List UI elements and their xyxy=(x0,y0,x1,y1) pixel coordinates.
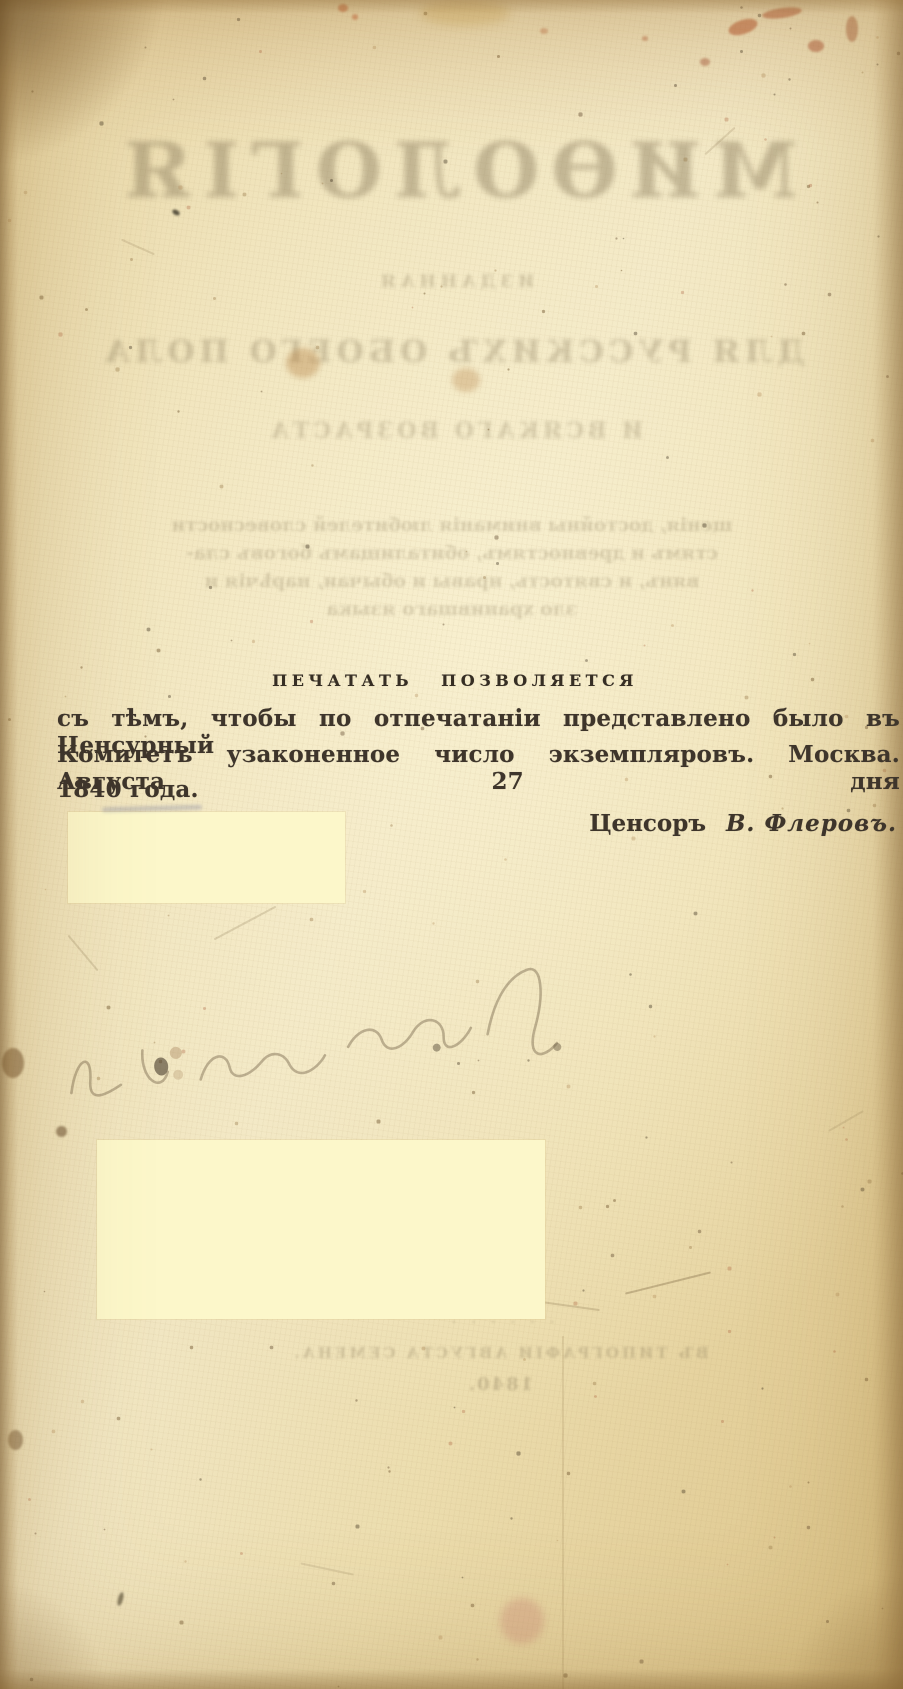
bleedthrough-paragraph-line: зло хранившаго языка xyxy=(82,596,822,624)
foxing-stain xyxy=(286,348,320,378)
permit-heading: ПЕЧАТАТЬ ПОЗВОЛЯЕТСЯ xyxy=(60,671,850,690)
censor-name: В. Флеровъ. xyxy=(726,810,897,837)
worn-right-edge xyxy=(873,0,903,1689)
bleedthrough-paragraph-line: стямъ и древностямъ, обиталищамъ боговъ … xyxy=(82,540,822,568)
ink-blot xyxy=(432,1043,441,1052)
bleedthrough-subtitle-sub: И ВСЯКАГО ВОЗРАСТА xyxy=(150,418,760,444)
rust-stain xyxy=(700,58,710,66)
ink-blot xyxy=(173,1069,184,1080)
permit-body-line: 1840 года. xyxy=(57,776,900,803)
redaction-box-large xyxy=(97,1140,545,1319)
torn-left-edge xyxy=(0,0,18,1689)
worn-bottom-right-corner xyxy=(763,1569,903,1689)
bleedthrough-paragraph-line: вянъ, и святость, нравы и обычаи, нарѣчі… xyxy=(82,568,822,596)
ink-blot xyxy=(169,1046,182,1059)
pink-smudge xyxy=(500,1598,544,1644)
bleedthrough-paragraph: щенія, достойны вниманія любителей слове… xyxy=(82,512,822,624)
rust-stain xyxy=(540,28,548,34)
rust-stain xyxy=(846,16,858,42)
worn-bottom-left-corner xyxy=(0,1579,130,1689)
bleedthrough-subtitle-large: ДЛЯ РУССКИХЪ ОБОЕГО ПОЛА xyxy=(105,334,805,370)
scanned-page: МИѲОЛОГІЯ ИЗДАННАЯ ДЛЯ РУССКИХЪ ОБОЕГО П… xyxy=(0,0,903,1689)
foxing-stain xyxy=(452,368,480,392)
bleedthrough-imprint-line: ВЪ ТИПОГРАФІИ АВГУСТА СЕМЕНА. xyxy=(150,1344,850,1362)
ink-blot xyxy=(553,1043,562,1052)
dark-top-left-corner xyxy=(0,0,170,170)
paper-fold-line xyxy=(562,1336,564,1689)
rust-stain xyxy=(352,14,358,20)
rust-stain xyxy=(808,40,824,52)
censor-signature-line: ЦенсоръВ. Флеровъ. xyxy=(57,810,897,837)
censor-label: Ценсоръ xyxy=(589,810,706,837)
bleedthrough-subtitle-small: ИЗДАННАЯ xyxy=(150,272,760,292)
bleedthrough-paragraph-line: щенія, достойны вниманія любителей слове… xyxy=(82,512,822,540)
rust-stain xyxy=(642,36,648,41)
bleedthrough-imprint-year: 1840. xyxy=(150,1374,850,1395)
bleedthrough-title: МИѲОЛОГІЯ xyxy=(105,126,805,215)
